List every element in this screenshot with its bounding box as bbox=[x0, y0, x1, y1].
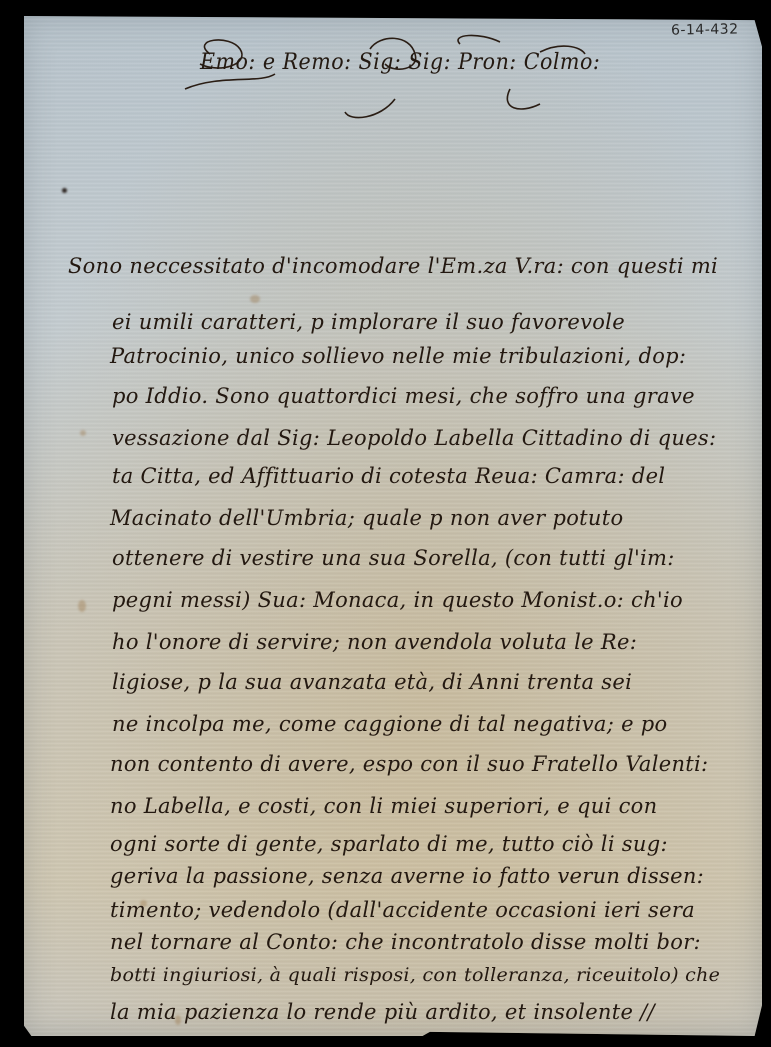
body-line: ligiose, p la sua avanzata età, di Anni … bbox=[112, 670, 632, 694]
body-line: timento; vedendolo (dall'accidente occas… bbox=[110, 898, 695, 922]
body-line: pegni messi) Sua: Monaca, in questo Moni… bbox=[112, 588, 683, 612]
body-line: botti ingiuriosi, à quali risposi, con t… bbox=[110, 964, 720, 986]
body-line: ta Citta, ed Affittuario di cotesta Reua… bbox=[112, 464, 665, 488]
body-line: vessazione dal Sig: Leopoldo Labella Cit… bbox=[112, 426, 716, 450]
letter-body: Sono neccessitato d'incomodare l'Em.za V… bbox=[0, 0, 771, 1047]
body-line: la mia pazienza lo rende più ardito, et … bbox=[110, 1000, 655, 1024]
body-line: ei umili caratteri, p implorare il suo f… bbox=[112, 310, 625, 334]
body-line: non contento di avere, espo con il suo F… bbox=[110, 752, 708, 776]
body-line: po Iddio. Sono quattordici mesi, che sof… bbox=[112, 384, 695, 408]
body-line: nel tornare al Conto: che incontratolo d… bbox=[110, 930, 701, 954]
body-line: ho l'onore di servire; non avendola volu… bbox=[112, 630, 637, 654]
body-line: Patrocinio, unico sollievo nelle mie tri… bbox=[110, 344, 686, 368]
body-line: Macinato dell'Umbria; quale p non aver p… bbox=[110, 506, 623, 530]
body-line: no Labella, e costi, con li miei superio… bbox=[110, 794, 657, 818]
body-line: geriva la passione, senza averne io fatt… bbox=[110, 864, 704, 888]
body-line: ne incolpa me, come caggione di tal nega… bbox=[112, 712, 667, 736]
body-line: Sono neccessitato d'incomodare l'Em.za V… bbox=[68, 254, 718, 278]
body-line: ogni sorte di gente, sparlato di me, tut… bbox=[110, 832, 668, 856]
body-line: ottenere di vestire una sua Sorella, (co… bbox=[112, 546, 675, 570]
